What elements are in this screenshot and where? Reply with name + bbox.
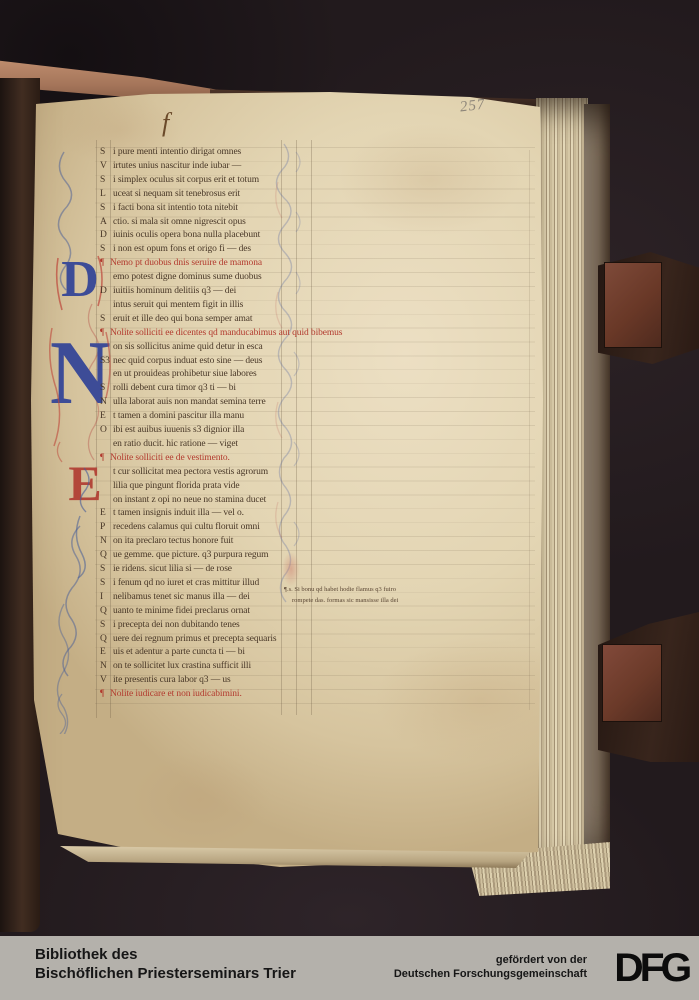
line-text: ctio. si mala sit omne nigrescit opus xyxy=(113,217,246,227)
line-cue-letter: V xyxy=(100,674,113,688)
manuscript-line: Si fenum qd no iuret et cras mittitur il… xyxy=(100,577,259,591)
library-banner: Bibliothek des Bischöflichen Priestersem… xyxy=(0,936,699,1000)
text-block: Si pure menti intentio dirigat omnesVirt… xyxy=(100,146,560,726)
manuscript-line: Quanto te minime fidei preclarus ornat xyxy=(100,605,250,619)
line-text: emo potest digne dominus sume duobus xyxy=(113,272,262,282)
funding-credit: gefördert von der Deutschen Forschungsge… xyxy=(394,954,587,981)
line-cue-letter: S xyxy=(100,563,113,577)
line-cue-letter: S xyxy=(100,577,113,591)
manuscript-line: Si simplex oculus sit corpus erit et tot… xyxy=(100,174,259,188)
manuscript-line: ¶Nemo pt duobus dnis seruire de mamona xyxy=(100,257,262,271)
line-cue-letter: E xyxy=(100,507,113,521)
line-text: nec quid corpus induat esto sine — deus xyxy=(113,356,262,366)
line-text: ibi est auibus iuuenis s3 dignior illa xyxy=(113,425,244,435)
line-text: lilia que pingunt florida prata vide xyxy=(113,481,239,491)
line-cue-letter: ¶ xyxy=(100,688,110,702)
photo-background: D N E 257 f Si pure menti intentio dirig… xyxy=(0,0,699,936)
funding-credit-line1: gefördert von der xyxy=(394,954,587,968)
library-name: Bibliothek des Bischöflichen Priestersem… xyxy=(35,945,296,983)
manuscript-line: Si facti bona sit intentio tota nitebit xyxy=(100,202,238,216)
line-text: en ratio ducit. hic ratione — viget xyxy=(113,439,238,449)
line-text: Nolite solliciti ee de vestimento. xyxy=(110,453,230,463)
manuscript-line: lilia que pingunt florida prata vide xyxy=(100,480,239,494)
line-text: uis et adentur a parte cuncta ti — bi xyxy=(113,647,245,657)
manuscript-line: Luceat si nequam sit tenebrosus erit xyxy=(100,188,240,202)
digitized-manuscript-photo: D N E 257 f Si pure menti intentio dirig… xyxy=(0,0,699,1000)
line-text: Nemo pt duobus dnis seruire de mamona xyxy=(110,258,262,268)
clasp-plate-top xyxy=(604,262,662,348)
line-text: uanto te minime fidei preclarus ornat xyxy=(113,606,250,616)
manuscript-line: S3nec quid corpus induat esto sine — deu… xyxy=(100,355,262,369)
line-text: on instant z opi no neue no stamina duce… xyxy=(113,495,266,505)
line-text: ie ridens. sicut lilia si — de rose xyxy=(113,564,232,574)
line-cue-letter: N xyxy=(100,660,113,674)
dfg-logo: DFG xyxy=(614,944,688,992)
line-cue-letter: S xyxy=(100,146,113,160)
line-cue-letter: A xyxy=(100,216,113,230)
manuscript-line: Non te sollicitet lux crastina sufficit … xyxy=(100,660,251,674)
funding-credit-line2: Deutschen Forschungsgemeinschaft xyxy=(394,968,587,982)
clasp-plate-bottom xyxy=(602,644,662,722)
line-cue-letter: E xyxy=(100,646,113,660)
manuscript-line: Inelibamus tenet sic manus illa — dei xyxy=(100,591,250,605)
line-cue-letter: ¶ xyxy=(100,452,110,466)
line-text: iuinis oculis opera bona nulla placebunt xyxy=(113,230,260,240)
line-text: rolli debent cura timor q3 ti — bi xyxy=(113,383,236,393)
line-text: ite presentis cura labor q3 — us xyxy=(113,675,231,685)
manuscript-line: Diuinis oculis opera bona nulla placebun… xyxy=(100,229,260,243)
line-cue-letter: S xyxy=(100,313,113,327)
line-text: t tamen insignis induit illa — vel o. xyxy=(113,508,244,518)
manuscript-line: Seruit et ille deo qui bona semper amat xyxy=(100,313,252,327)
line-cue-letter: P xyxy=(100,521,113,535)
line-text: intus seruit qui mentem figit in illis xyxy=(113,300,243,310)
manuscript-line: Oibi est auibus iuuenis s3 dignior illa xyxy=(100,424,244,438)
line-text: t cur sollicitat mea pectora vestis agro… xyxy=(113,467,268,477)
library-name-line2: Bischöflichen Priesterseminars Trier xyxy=(35,964,296,983)
line-text: uceat si nequam sit tenebrosus erit xyxy=(113,189,240,199)
line-cue-letter: S xyxy=(100,619,113,633)
line-cue-letter: S xyxy=(100,243,113,257)
line-text: on ita preclaro tectus honore fuit xyxy=(113,536,233,546)
line-text: i fenum qd no iuret et cras mittitur ill… xyxy=(113,578,259,588)
line-cue-letter: E xyxy=(100,410,113,424)
line-cue-letter: S xyxy=(100,174,113,188)
manuscript-line: Que gemme. que picture. q3 purpura regum xyxy=(100,549,268,563)
line-text: recedens calamus qui cultu floruit omni xyxy=(113,522,260,532)
line-text: on sis sollicitus anime quid detur in es… xyxy=(113,342,263,352)
manuscript-line: en ratio ducit. hic ratione — viget xyxy=(100,438,238,452)
line-text: Nolite solliciti ee dicentes qd manducab… xyxy=(110,328,342,338)
line-text: ue gemme. que picture. q3 purpura regum xyxy=(113,550,268,560)
line-cue-letter: L xyxy=(100,188,113,202)
line-text: en ut prouideas prohibetur siue labores xyxy=(113,369,257,379)
line-cue-letter: S xyxy=(100,202,113,216)
line-text: iuitiis hominum delitiis q3 — dei xyxy=(113,286,236,296)
line-cue-letter: D xyxy=(100,285,113,299)
line-text: Nolite iudicare et non iudicabimini. xyxy=(110,689,242,699)
line-cue-letter: O xyxy=(100,424,113,438)
manuscript-line: intus seruit qui mentem figit in illis xyxy=(100,299,243,313)
manuscript-line: Et tamen insignis induit illa — vel o. xyxy=(100,507,244,521)
manuscript-line: Si pure menti intentio dirigat omnes xyxy=(100,146,241,160)
line-cue-letter: ¶ xyxy=(100,257,110,271)
line-text: irtutes unius nascitur inde iubar — xyxy=(113,161,241,171)
manuscript-line: Actio. si mala sit omne nigrescit opus xyxy=(100,216,246,230)
line-text: i non est opum fons et origo fi — des xyxy=(113,244,251,254)
library-name-line1: Bibliothek des xyxy=(35,945,296,964)
line-cue-letter: ¶ xyxy=(100,327,110,341)
line-cue-letter: S xyxy=(100,382,113,396)
manuscript-line: Srolli debent cura timor q3 ti — bi xyxy=(100,382,236,396)
line-text: ulla laborat auis non mandat semina terr… xyxy=(113,397,266,407)
manuscript-line: Vite presentis cura labor q3 — us xyxy=(100,674,231,688)
manuscript-line: Sie ridens. sicut lilia si — de rose xyxy=(100,563,232,577)
line-text: i pure menti intentio dirigat omnes xyxy=(113,147,241,157)
line-text: t tamen a domini pascitur illa manu xyxy=(113,411,244,421)
line-cue-letter: I xyxy=(100,591,113,605)
manuscript-line: Euis et adentur a parte cuncta ti — bi xyxy=(100,646,245,660)
manuscript-line: en ut prouideas prohibetur siue labores xyxy=(100,368,257,382)
folio-number: 257 xyxy=(459,97,486,117)
manuscript-line: ¶Nolite solliciti ee de vestimento. xyxy=(100,452,230,466)
manuscript-line: ¶Nolite iudicare et non iudicabimini. xyxy=(100,688,242,702)
initial-first-penwork-icon xyxy=(52,250,106,320)
manuscript-line: Si non est opum fons et origo fi — des xyxy=(100,243,251,257)
manuscript-line: on instant z opi no neue no stamina duce… xyxy=(100,494,266,508)
line-cue-letter: N xyxy=(100,396,113,410)
manuscript-line: Diuitiis hominum delitiis q3 — dei xyxy=(100,285,236,299)
line-cue-letter: D xyxy=(100,229,113,243)
manuscript-line: Si precepta dei non dubitando tenes xyxy=(100,619,240,633)
back-board-edge xyxy=(584,104,610,886)
catchword-letter: f xyxy=(162,110,169,136)
line-text: nelibamus tenet sic manus illa — dei xyxy=(113,592,250,602)
line-text: i facti bona sit intentio tota nitebit xyxy=(113,203,238,213)
manuscript-line: Virtutes unius nascitur inde iubar — xyxy=(100,160,241,174)
manuscript-line: emo potest digne dominus sume duobus xyxy=(100,271,262,285)
line-cue-letter: Q xyxy=(100,605,113,619)
manuscript-line: t cur sollicitat mea pectora vestis agro… xyxy=(100,466,268,480)
manuscript-line: Nulla laborat auis non mandat semina ter… xyxy=(100,396,266,410)
manuscript-line: Non ita preclaro tectus honore fuit xyxy=(100,535,233,549)
line-cue-letter: N xyxy=(100,535,113,549)
line-cue-letter: S3 xyxy=(100,355,113,369)
marginal-note-line2: rompete das. formas sic mansisse illa de… xyxy=(292,597,398,605)
marginal-note-line1: ¶.s. Si bonu qd habet hodie flamus q3 fu… xyxy=(284,586,396,594)
manuscript-line: Precedens calamus qui cultu floruit omni xyxy=(100,521,260,535)
manuscript-line: ¶Nolite solliciti ee dicentes qd manduca… xyxy=(100,327,342,341)
line-cue-letter: Q xyxy=(100,549,113,563)
line-cue-letter: V xyxy=(100,160,113,174)
line-text: i precepta dei non dubitando tenes xyxy=(113,620,240,630)
manuscript-line: Quere dei regnum primus et precepta sequ… xyxy=(100,633,276,647)
manuscript-line: Et tamen a domini pascitur illa manu xyxy=(100,410,244,424)
line-cue-letter: Q xyxy=(100,633,113,647)
manuscript-line: on sis sollicitus anime quid detur in es… xyxy=(100,341,263,355)
line-text: on te sollicitet lux crastina sufficit i… xyxy=(113,661,251,671)
line-text: i simplex oculus sit corpus erit et totu… xyxy=(113,175,259,185)
line-text: uere dei regnum primus et precepta sequa… xyxy=(113,634,276,644)
line-text: eruit et ille deo qui bona semper amat xyxy=(113,314,252,324)
